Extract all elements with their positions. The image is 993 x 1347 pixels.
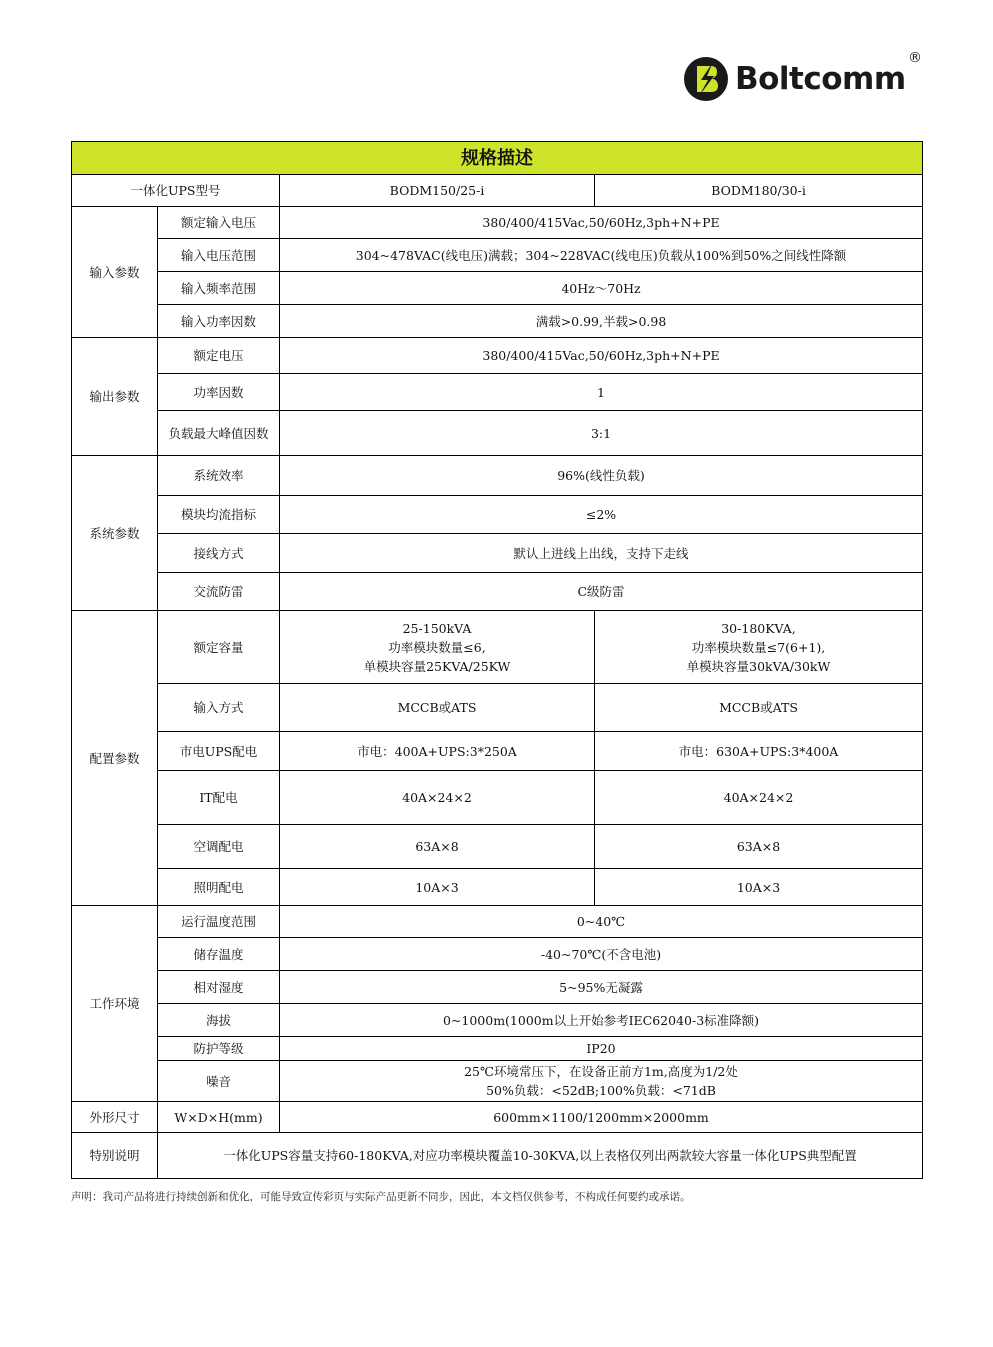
model-2: BODM180/30-i — [595, 175, 923, 207]
param-label: 空调配电 — [158, 825, 280, 869]
param-label: 市电UPS配电 — [158, 732, 280, 771]
param-value-2: 40A×24×2 — [595, 771, 923, 825]
param-label: 输入功率因数 — [158, 305, 280, 338]
section-label: 工作环境 — [72, 906, 158, 1102]
param-label: 输入方式 — [158, 684, 280, 732]
table-row: 模块均流指标 ≤2% — [72, 496, 923, 534]
param-value-1: 63A×8 — [280, 825, 595, 869]
param-value: 380/400/415Vac,50/60Hz,3ph+N+PE — [280, 338, 923, 374]
table-row: IT配电 40A×24×2 40A×24×2 — [72, 771, 923, 825]
table-row: 照明配电 10A×3 10A×3 — [72, 869, 923, 906]
param-label: 功率因数 — [158, 374, 280, 411]
param-label: 海拔 — [158, 1004, 280, 1037]
param-value-1: 10A×3 — [280, 869, 595, 906]
param-value: 1 — [280, 374, 923, 411]
param-value: 25℃环境常压下，在设备正前方1m,高度为1/2处 50%负载：<52dB;10… — [280, 1061, 923, 1102]
value-line: 功率模块数量≤6, — [282, 638, 592, 657]
section-label: 配置参数 — [72, 611, 158, 906]
value-line: 50%负载：<52dB;100%负载：<71dB — [282, 1081, 920, 1100]
table-row: 系统参数 系统效率 96%(线性负载) — [72, 456, 923, 496]
table-row: 相对湿度 5~95%无凝露 — [72, 971, 923, 1004]
param-value: 0~40℃ — [280, 906, 923, 938]
table-row: 海拔 0~1000m(1000m以上开始参考IEC62040-3标准降额) — [72, 1004, 923, 1037]
table-row: 防护等级 IP20 — [72, 1037, 923, 1061]
param-label: 运行温度范围 — [158, 906, 280, 938]
special-note: 一体化UPS容量支持60-180KVA,对应功率模块覆盖10-30KVA,以上表… — [158, 1133, 923, 1179]
spec-table: 规格描述 一体化UPS型号 BODM150/25-i BODM180/30-i … — [71, 141, 923, 1179]
table-row: 负载最大峰值因数 3:1 — [72, 411, 923, 456]
param-label: 交流防雷 — [158, 573, 280, 611]
table-row: 交流防雷 C级防雷 — [72, 573, 923, 611]
model-1: BODM150/25-i — [280, 175, 595, 207]
param-value: IP20 — [280, 1037, 923, 1061]
registered-mark: ® — [908, 50, 922, 66]
table-title: 规格描述 — [72, 142, 923, 175]
value-line: 单模块容量30kVA/30kW — [597, 657, 920, 676]
param-label: IT配电 — [158, 771, 280, 825]
brand-name: Boltcomm — [735, 61, 906, 97]
param-label: 额定容量 — [158, 611, 280, 684]
param-value: 满载>0.99,半载>0.98 — [280, 305, 923, 338]
param-value-2: 63A×8 — [595, 825, 923, 869]
param-value: ≤2% — [280, 496, 923, 534]
param-value-1: 市电：400A+UPS:3*250A — [280, 732, 595, 771]
value-line: 25℃环境常压下，在设备正前方1m,高度为1/2处 — [282, 1062, 920, 1081]
param-label: 额定输入电压 — [158, 207, 280, 239]
table-row: 噪音 25℃环境常压下，在设备正前方1m,高度为1/2处 50%负载：<52dB… — [72, 1061, 923, 1102]
param-label: 额定电压 — [158, 338, 280, 374]
param-value: 5~95%无凝露 — [280, 971, 923, 1004]
section-label: 外形尺寸 — [72, 1102, 158, 1133]
value-line: 25-150kVA — [282, 619, 592, 638]
table-row: 输入参数 额定输入电压 380/400/415Vac,50/60Hz,3ph+N… — [72, 207, 923, 239]
value-line: 30-180KVA, — [597, 619, 920, 638]
table-row: 输出参数 额定电压 380/400/415Vac,50/60Hz,3ph+N+P… — [72, 338, 923, 374]
section-label: 特别说明 — [72, 1133, 158, 1179]
param-label: W×D×H(mm) — [158, 1102, 280, 1133]
table-row: 工作环境 运行温度范围 0~40℃ — [72, 906, 923, 938]
param-label: 接线方式 — [158, 534, 280, 573]
param-value: 默认上进线上出线，支持下走线 — [280, 534, 923, 573]
param-value: 380/400/415Vac,50/60Hz,3ph+N+PE — [280, 207, 923, 239]
table-row: 接线方式 默认上进线上出线，支持下走线 — [72, 534, 923, 573]
param-label: 相对湿度 — [158, 971, 280, 1004]
param-value-2: 市电：630A+UPS:3*400A — [595, 732, 923, 771]
param-value: 3:1 — [280, 411, 923, 456]
param-label: 防护等级 — [158, 1037, 280, 1061]
disclaimer: 声明：我司产品将进行持续创新和优化，可能导致宣传彩页与实际产品更新不同步，因此，… — [71, 1189, 691, 1204]
param-label: 照明配电 — [158, 869, 280, 906]
param-value: 40Hz～70Hz — [280, 272, 923, 305]
param-value: 96%(线性负载) — [280, 456, 923, 496]
table-row: 市电UPS配电 市电：400A+UPS:3*250A 市电：630A+UPS:3… — [72, 732, 923, 771]
param-value-1: 25-150kVA 功率模块数量≤6, 单模块容量25KVA/25KW — [280, 611, 595, 684]
param-label: 噪音 — [158, 1061, 280, 1102]
value-line: 单模块容量25KVA/25KW — [282, 657, 592, 676]
param-value-1: 40A×24×2 — [280, 771, 595, 825]
param-label: 输入频率范围 — [158, 272, 280, 305]
section-label: 输入参数 — [72, 207, 158, 338]
table-row: 输入电压范围 304~478VAC(线电压)满载；304~228VAC(线电压)… — [72, 239, 923, 272]
param-value-2: 10A×3 — [595, 869, 923, 906]
table-row: 空调配电 63A×8 63A×8 — [72, 825, 923, 869]
model-label: 一体化UPS型号 — [72, 175, 280, 207]
param-value: 304~478VAC(线电压)满载；304~228VAC(线电压)负载从100%… — [280, 239, 923, 272]
param-value-2: MCCB或ATS — [595, 684, 923, 732]
param-value: -40~70℃(不含电池) — [280, 938, 923, 971]
brand-logo: Boltcomm — [683, 54, 906, 104]
param-label: 储存温度 — [158, 938, 280, 971]
param-value-2: 30-180KVA, 功率模块数量≤7(6+1), 单模块容量30kVA/30k… — [595, 611, 923, 684]
title-row: 规格描述 — [72, 142, 923, 175]
table-row: 配置参数 额定容量 25-150kVA 功率模块数量≤6, 单模块容量25KVA… — [72, 611, 923, 684]
param-value: 0~1000m(1000m以上开始参考IEC62040-3标准降额) — [280, 1004, 923, 1037]
table-row: 外形尺寸 W×D×H(mm) 600mm×1100/1200mm×2000mm — [72, 1102, 923, 1133]
table-row: 特别说明 一体化UPS容量支持60-180KVA,对应功率模块覆盖10-30KV… — [72, 1133, 923, 1179]
param-label: 输入电压范围 — [158, 239, 280, 272]
param-label: 系统效率 — [158, 456, 280, 496]
param-value: C级防雷 — [280, 573, 923, 611]
model-row: 一体化UPS型号 BODM150/25-i BODM180/30-i — [72, 175, 923, 207]
table-row: 输入频率范围 40Hz～70Hz — [72, 272, 923, 305]
table-row: 功率因数 1 — [72, 374, 923, 411]
bolt-b-icon — [683, 56, 729, 102]
param-value: 600mm×1100/1200mm×2000mm — [280, 1102, 923, 1133]
table-row: 输入方式 MCCB或ATS MCCB或ATS — [72, 684, 923, 732]
section-label: 输出参数 — [72, 338, 158, 456]
table-row: 输入功率因数 满载>0.99,半载>0.98 — [72, 305, 923, 338]
value-line: 功率模块数量≤7(6+1), — [597, 638, 920, 657]
param-label: 负载最大峰值因数 — [158, 411, 280, 456]
param-label: 模块均流指标 — [158, 496, 280, 534]
param-value-1: MCCB或ATS — [280, 684, 595, 732]
section-label: 系统参数 — [72, 456, 158, 611]
table-row: 储存温度 -40~70℃(不含电池) — [72, 938, 923, 971]
